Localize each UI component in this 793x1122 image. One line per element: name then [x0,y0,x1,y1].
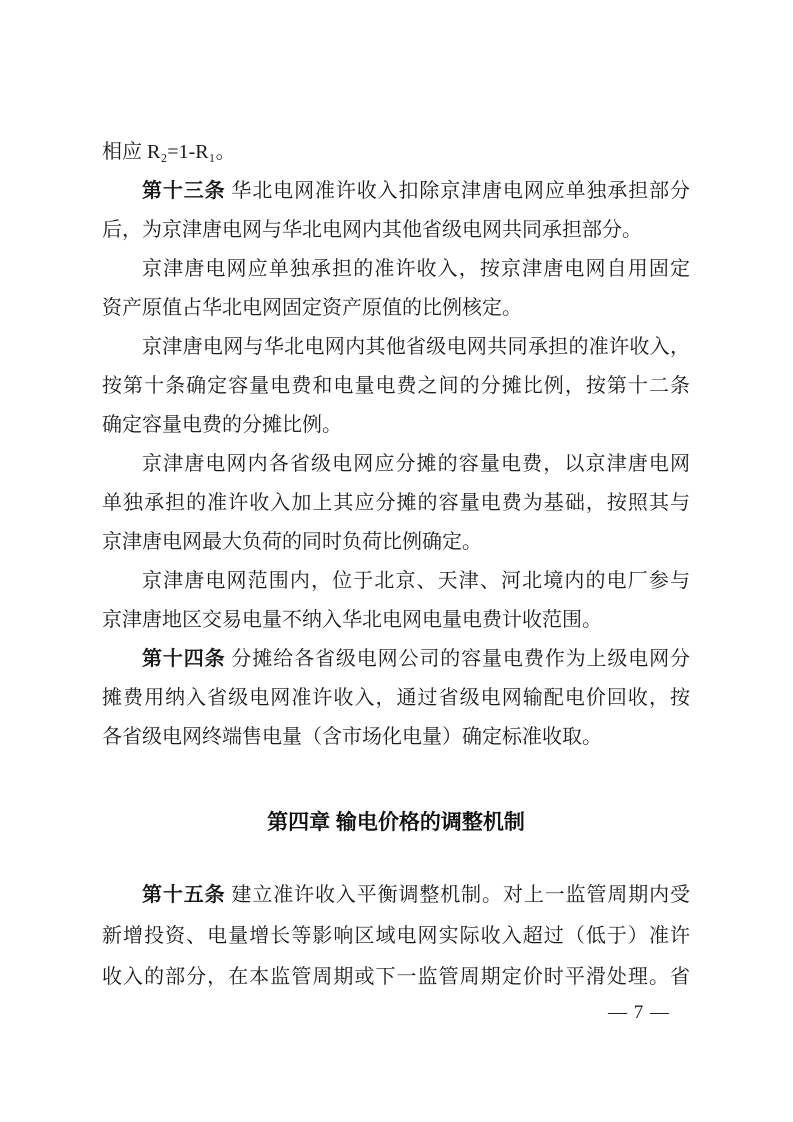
body-text-line: 第十四条 分摊给各省级电网公司的容量电费作为上级电网分 [102,640,690,679]
chapter-heading: 第四章 输电价格的调整机制 [102,802,690,843]
body-text-line: 单独承担的准许收入加上其应分摊的容量电费为基础，按照其与 [102,484,690,523]
line-text: 单独承担的准许收入加上其应分摊的容量电费为基础，按照其与 [102,492,690,514]
body-text-line: 第十五条 建立准许收入平衡调整机制。对上一监管周期内受 [102,875,690,916]
body-text-line: 确定容量电费的分摊比例。 [102,406,690,445]
line-text: 京津唐电网范围内，位于北京、天津、河北境内的电厂参与 [142,570,690,592]
line-text: 新增投资、电量增长等影响区域电网实际收入超过（低于）准许 [102,925,690,947]
line-text: 京津唐电网最大负荷的同时负荷比例确定。 [102,531,482,553]
line-text: 后，为京津唐电网与华北电网内其他省级电网共同承担部分。 [102,219,642,241]
body-text-line: 京津唐电网与华北电网内其他省级电网共同承担的准许收入， [102,328,690,367]
body-text-block-lower: 第十五条 建立准许收入平衡调整机制。对上一监管周期内受新增投资、电量增长等影响区… [102,875,690,998]
line-text: 摊费用纳入省级电网准许收入，通过省级电网输配电价回收，按 [102,687,690,709]
line-text: 按第十条确定容量电费和电量电费之间的分摊比例，按第十二条 [102,375,690,397]
page-number: — 7 — [608,999,670,1027]
body-text-line: 收入的部分，在本监管周期或下一监管周期定价时平滑处理。省 [102,957,690,998]
body-text-block-upper: 相应 R₂=1-R₁。第十三条 华北电网准许收入扣除京津唐电网应单独承担部分后，… [102,133,690,757]
line-text: 各省级电网终端售电量（含市场化电量）确定标准收取。 [102,726,602,748]
line-text: 分摊给各省级电网公司的容量电费作为上级电网分 [226,648,690,670]
line-text: 资产原值占华北电网固定资产原值的比例核定。 [102,297,522,319]
body-text-line: 后，为京津唐电网与华北电网内其他省级电网共同承担部分。 [102,211,690,250]
line-text: 京津唐电网与华北电网内其他省级电网共同承担的准许收入， [142,336,690,358]
body-text-line: 京津唐地区交易电量不纳入华北电网电量电费计收范围。 [102,601,690,640]
body-text-line: 新增投资、电量增长等影响区域电网实际收入超过（低于）准许 [102,916,690,957]
body-text-line: 京津唐电网最大负荷的同时负荷比例确定。 [102,523,690,562]
body-text-line: 京津唐电网应单独承担的准许收入，按京津唐电网自用固定 [102,250,690,289]
body-text-line: 按第十条确定容量电费和电量电费之间的分摊比例，按第十二条 [102,367,690,406]
article-number: 第十五条 [142,884,226,906]
line-text: 确定容量电费的分摊比例。 [102,414,342,436]
line-text: 京津唐地区交易电量不纳入华北电网电量电费计收范围。 [102,609,602,631]
body-text-line: 京津唐电网内各省级电网应分摊的容量电费，以京津唐电网 [102,445,690,484]
body-text-line: 资产原值占华北电网固定资产原值的比例核定。 [102,289,690,328]
line-text: 京津唐电网内各省级电网应分摊的容量电费，以京津唐电网 [142,453,690,475]
body-text-line: 相应 R₂=1-R₁。 [102,133,690,172]
body-text-line: 各省级电网终端售电量（含市场化电量）确定标准收取。 [102,718,690,757]
line-text: 收入的部分，在本监管周期或下一监管周期定价时平滑处理。省 [102,966,690,988]
line-text: 京津唐电网应单独承担的准许收入，按京津唐电网自用固定 [142,258,690,280]
line-text: 相应 R₂=1-R₁。 [102,141,236,163]
document-page: 相应 R₂=1-R₁。第十三条 华北电网准许收入扣除京津唐电网应单独承担部分后，… [0,0,793,1122]
article-number: 第十四条 [142,648,226,670]
article-number: 第十三条 [142,180,226,202]
body-text-line: 京津唐电网范围内，位于北京、天津、河北境内的电厂参与 [102,562,690,601]
line-text: 华北电网准许收入扣除京津唐电网应单独承担部分 [226,180,690,202]
body-text-line: 第十三条 华北电网准许收入扣除京津唐电网应单独承担部分 [102,172,690,211]
body-text-line: 摊费用纳入省级电网准许收入，通过省级电网输配电价回收，按 [102,679,690,718]
line-text: 建立准许收入平衡调整机制。对上一监管周期内受 [226,884,690,906]
